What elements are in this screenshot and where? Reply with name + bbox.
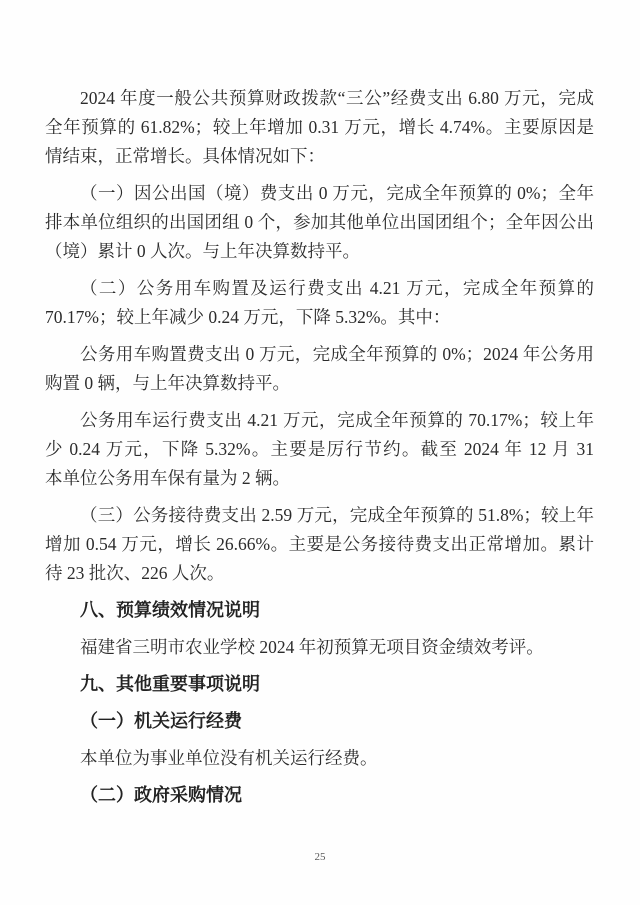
paragraph: 2024 年度一般公共预算财政拨款“三公”经费支出 6.80 万元，完成全年预算… [45,84,594,171]
text-line: 本单位公务用车保有量为 2 辆。 [45,464,594,493]
paragraph: 福建省三明市农业学校 2024 年初预算无项目资金绩效考评。 [45,633,594,662]
text-line: 70.17%；较上年减少 0.24 万元，下降 5.32%。其中： [45,303,594,332]
paragraph: （二）政府采购情况 [45,781,594,810]
document-body: 2024 年度一般公共预算财政拨款“三公”经费支出 6.80 万元，完成全年预算… [45,84,594,818]
text-line: 2024 年度一般公共预算财政拨款“三公”经费支出 6.80 万元，完成 [45,84,594,113]
text-line: 公务用车购置费支出 0 万元，完成全年预算的 0%；2024 年公务用车 [45,340,594,369]
text-line: 购置 0 辆，与上年决算数持平。 [45,369,594,398]
paragraph: 九、其他重要事项说明 [45,670,594,699]
paragraph: 本单位为事业单位没有机关运行经费。 [45,744,594,773]
text-line: 增加 0.54 万元，增长 26.66%。主要是公务接待费支出正常增加。累计接 [45,530,594,559]
text-line: （一）因公出国（境）费支出 0 万元，完成全年预算的 0%；全年安 [45,179,594,208]
text-line: 少 0.24 万元，下降 5.32%。主要是厉行节约。截至 2024 年 12 … [45,435,594,464]
paragraph: （二）公务用车购置及运行费支出 4.21 万元，完成全年预算的70.17%；较上… [45,274,594,332]
paragraph: 八、预算绩效情况说明 [45,596,594,625]
text-line: （二）公务用车购置及运行费支出 4.21 万元，完成全年预算的 [45,274,594,303]
page-number: 25 [0,850,640,864]
text-line: 八、预算绩效情况说明 [45,596,594,625]
paragraph: 公务用车购置费支出 0 万元，完成全年预算的 0%；2024 年公务用车购置 0… [45,340,594,398]
text-line: （三）公务接待费支出 2.59 万元，完成全年预算的 51.8%；较上年 [45,501,594,530]
text-line: 福建省三明市农业学校 2024 年初预算无项目资金绩效考评。 [45,633,594,662]
text-line: 公务用车运行费支出 4.21 万元，完成全年预算的 70.17%；较上年减 [45,406,594,435]
text-line: （境）累计 0 人次。与上年决算数持平。 [45,237,594,266]
text-line: 全年预算的 61.82%；较上年增加 0.31 万元，增长 4.74%。主要原因… [45,113,594,142]
text-line: （一）机关运行经费 [45,707,594,736]
text-line: 排本单位组织的出国团组 0 个，参加其他单位出国团组个；全年因公出国 [45,208,594,237]
text-line: 九、其他重要事项说明 [45,670,594,699]
paragraph: 公务用车运行费支出 4.21 万元，完成全年预算的 70.17%；较上年减少 0… [45,406,594,493]
text-line: 情结束，正常增长。具体情况如下： [45,142,594,171]
text-line: 本单位为事业单位没有机关运行经费。 [45,744,594,773]
text-line: （二）政府采购情况 [45,781,594,810]
paragraph: （三）公务接待费支出 2.59 万元，完成全年预算的 51.8%；较上年增加 0… [45,501,594,588]
paragraph: （一）机关运行经费 [45,707,594,736]
document-page: 2024 年度一般公共预算财政拨款“三公”经费支出 6.80 万元，完成全年预算… [0,0,640,905]
text-line: 待 23 批次、226 人次。 [45,559,594,588]
paragraph: （一）因公出国（境）费支出 0 万元，完成全年预算的 0%；全年安排本单位组织的… [45,179,594,266]
